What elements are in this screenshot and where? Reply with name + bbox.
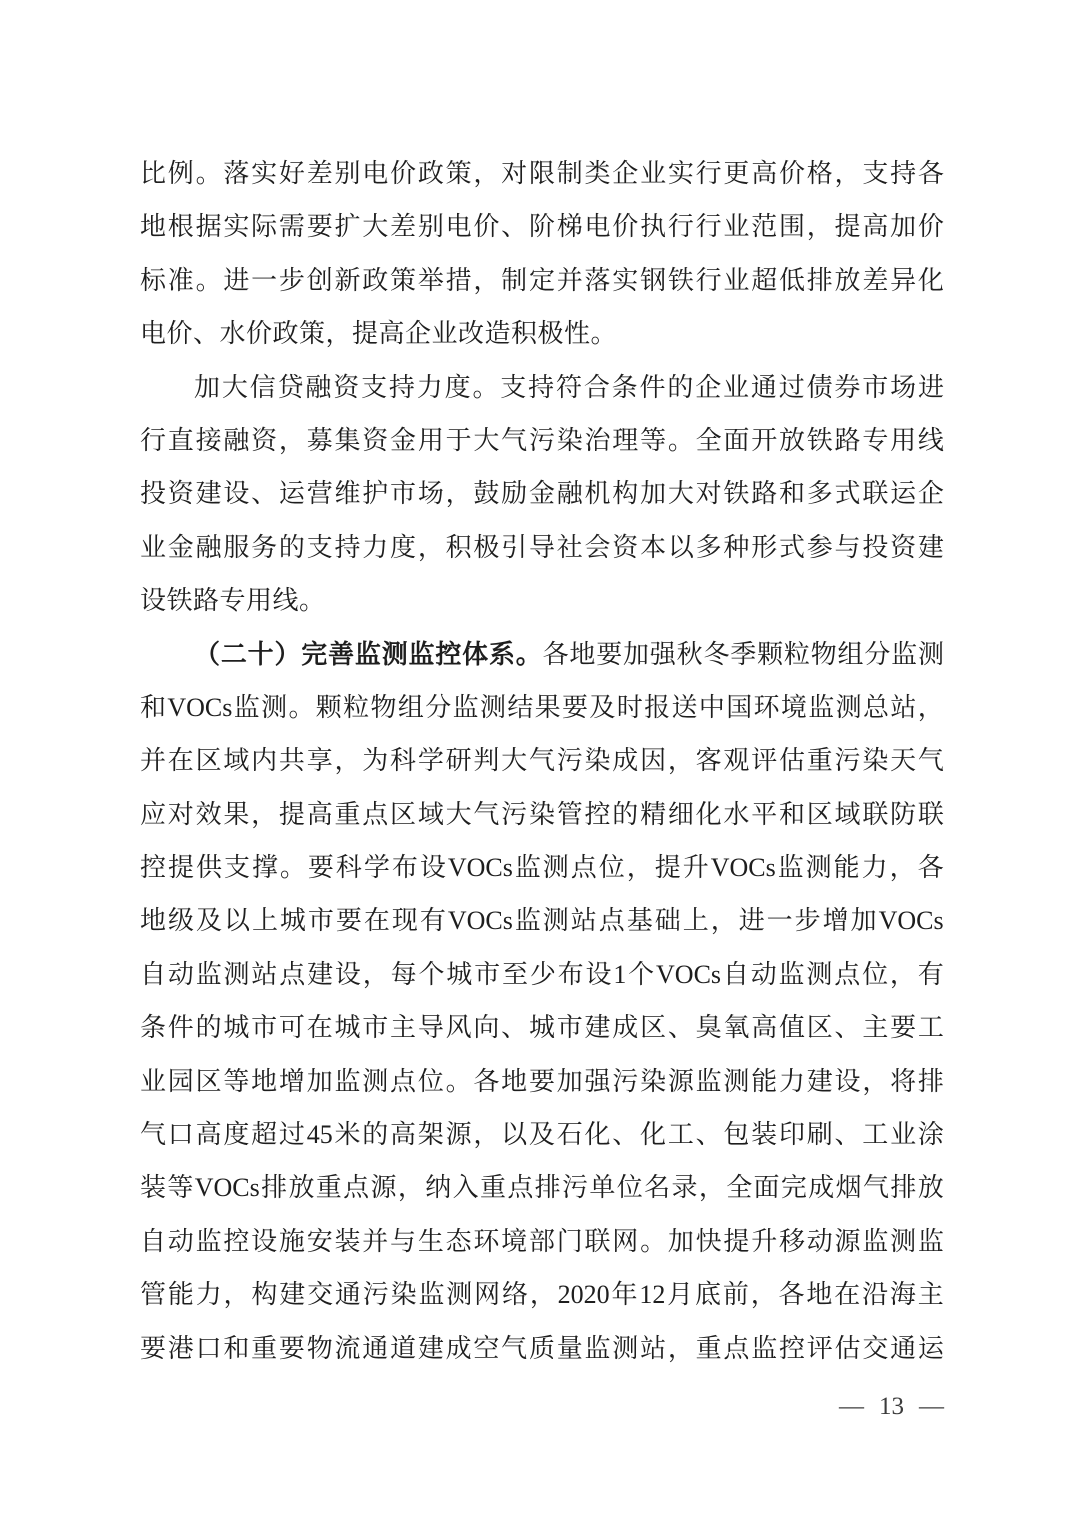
paragraph-credit-financing: 加大信贷融资支持力度。支持符合条件的企业通过债券市场进行直接融资，募集资金用于大… xyxy=(140,361,944,628)
footer-dash-right: — xyxy=(919,1391,944,1423)
footer-dash-left: — xyxy=(839,1391,864,1423)
text-line: 要港口和重要物流通道建成空气质量监测站，重点监控评估交通运 xyxy=(140,1322,944,1375)
paragraph-section-20-monitoring: （二十）完善监测监控体系。各地要加强秋冬季颗粒物组分监测和VOCs监测。颗粒物组… xyxy=(140,628,944,1375)
text-line: 条件的城市可在城市主导风向、城市建成区、臭氧高值区、主要工 xyxy=(140,1001,944,1054)
text-line: 业园区等地增加监测点位。各地要加强污染源监测能力建设，将排 xyxy=(140,1055,944,1108)
text-line: 装等VOCs排放重点源，纳入重点排污单位名录，全面完成烟气排放 xyxy=(140,1161,944,1214)
text-line: （二十）完善监测监控体系。各地要加强秋冬季颗粒物组分监测 xyxy=(140,628,944,681)
text-line: 电价、水价政策，提高企业改造积极性。 xyxy=(140,307,944,360)
text-line: 和VOCs监测。颗粒物组分监测结果要及时报送中国环境监测总站， xyxy=(140,681,944,734)
text-line: 设铁路专用线。 xyxy=(140,574,944,627)
paragraph-price-policy: 比例。落实好差别电价政策，对限制类企业实行更高价格，支持各地根据实际需要扩大差别… xyxy=(140,147,944,361)
text-line: 加大信贷融资支持力度。支持符合条件的企业通过债券市场进 xyxy=(140,361,944,414)
text-line: 气口高度超过45米的高架源，以及石化、化工、包装印刷、工业涂 xyxy=(140,1108,944,1161)
text-line: 管能力，构建交通污染监测网络，2020年12月底前，各地在沿海主 xyxy=(140,1268,944,1321)
text-line: 自动监控设施安装并与生态环境部门联网。加快提升移动源监测监 xyxy=(140,1215,944,1268)
text-line: 标准。进一步创新政策举措，制定并落实钢铁行业超低排放差异化 xyxy=(140,254,944,307)
document-page: 比例。落实好差别电价政策，对限制类企业实行更高价格，支持各地根据实际需要扩大差别… xyxy=(0,0,1080,1527)
text-line: 投资建设、运营维护市场，鼓励金融机构加大对铁路和多式联运企 xyxy=(140,467,944,520)
text-line: 自动监测站点建设，每个城市至少布设1个VOCs自动监测点位，有 xyxy=(140,948,944,1001)
document-body: 比例。落实好差别电价政策，对限制类企业实行更高价格，支持各地根据实际需要扩大差别… xyxy=(140,147,944,1375)
text-line: 应对效果，提高重点区域大气污染管控的精细化水平和区域联防联 xyxy=(140,788,944,841)
text-line: 控提供支撑。要科学布设VOCs监测点位，提升VOCs监测能力，各 xyxy=(140,841,944,894)
text-line: 行直接融资，募集资金用于大气污染治理等。全面开放铁路专用线 xyxy=(140,414,944,467)
page-number: 13 xyxy=(879,1391,904,1423)
text-line: 并在区域内共享，为科学研判大气污染成因，客观评估重污染天气 xyxy=(140,734,944,787)
text-line: 地级及以上城市要在现有VOCs监测站点基础上，进一步增加VOCs xyxy=(140,894,944,947)
text-line: 比例。落实好差别电价政策，对限制类企业实行更高价格，支持各 xyxy=(140,147,944,200)
text-line: 业金融服务的支持力度，积极引导社会资本以多种形式参与投资建 xyxy=(140,521,944,574)
text-line: 地根据实际需要扩大差别电价、阶梯电价执行行业范围，提高加价 xyxy=(140,200,944,253)
page-footer: — 13 — xyxy=(839,1391,944,1423)
